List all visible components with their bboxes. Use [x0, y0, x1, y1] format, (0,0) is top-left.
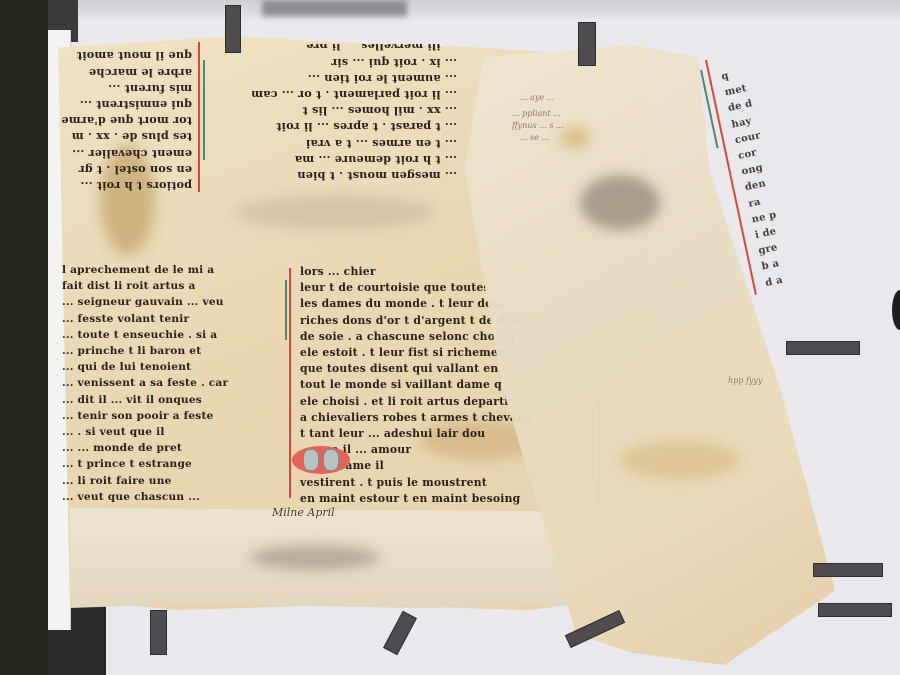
- mounting-clip: [383, 611, 417, 656]
- text-line: ... mesgen moust . t bien: [252, 168, 457, 184]
- text-line: ... xx . mil homes ... lis t: [252, 103, 457, 119]
- text-line: ... veut que chascun ...: [62, 489, 262, 505]
- decorated-initial: [292, 446, 350, 474]
- red-ruling-line: [289, 268, 291, 498]
- text-line: ... ix . roit qui ... sir: [252, 54, 457, 70]
- upper-center-text-column: ... mesgen moust . t bien ... t h roit d…: [252, 44, 457, 184]
- text-line: l aprechement de le mi a: [62, 262, 262, 278]
- text-line: ... . si veut que il: [62, 424, 262, 440]
- red-ruling-line: [198, 42, 200, 192]
- bottom-signature: Milne April: [272, 506, 335, 519]
- text-line: que il mout amoit: [62, 48, 192, 64]
- right-margin-note: hpp fyyy: [728, 375, 762, 386]
- green-ruling-line: [203, 60, 205, 160]
- text-line: ... tenir son pooir a feste: [62, 408, 262, 424]
- text-line: ... toute t enseuchie . si a: [62, 327, 262, 343]
- initial-stroke: [323, 449, 339, 471]
- text-line: vestirent . t puis le moustrent: [300, 475, 550, 491]
- lower-left-text-column: l aprechement de le mi a fait dist li ro…: [62, 262, 262, 507]
- dark-mat-left: [0, 0, 48, 675]
- upper-left-text-column: potiors t h roit ... en son ostel . t gr…: [62, 44, 192, 194]
- text-line: ... qui de lui tenoient: [62, 359, 262, 375]
- text-line: ... ili mervelles ... li pre: [252, 44, 457, 54]
- text-line: ... li roit parlament . t or ... cam: [252, 87, 457, 103]
- text-line: qui enmistrent ...: [62, 97, 192, 113]
- text-line: tes plus de . xx . m: [62, 129, 192, 145]
- text-line: ... li roit faire une: [62, 473, 262, 489]
- mounting-clip: [818, 603, 892, 617]
- mounting-clip: [225, 5, 241, 53]
- mounting-clip: [813, 563, 883, 577]
- text-line: mis furent ...: [62, 81, 192, 97]
- text-line: arbre le marche: [62, 64, 192, 80]
- text-line: ... prinche t li baron et: [62, 343, 262, 359]
- backdrop-top: [48, 0, 900, 20]
- fold-note: ffynus ... s ...: [512, 120, 564, 131]
- text-line: tor mort que d'armes: [62, 113, 192, 129]
- text-line: en son ostel . t gr: [62, 162, 192, 178]
- text-line: ... seigneur gauvain ... veu: [62, 294, 262, 310]
- green-ruling-line: [285, 280, 287, 340]
- mounting-clip: [578, 22, 596, 66]
- backdrop-shadow: [262, 0, 407, 16]
- text-line: ... t prince t estrange: [62, 456, 262, 472]
- text-line: ... dit il ... vit il onques: [62, 392, 262, 408]
- stain: [560, 128, 590, 148]
- stain: [235, 195, 435, 230]
- text-line: ... t en armes ... t a vrai: [252, 135, 457, 151]
- stain: [250, 545, 380, 570]
- initial-stroke: [303, 449, 319, 471]
- text-line: ... t parast . t apres ... li roit: [252, 119, 457, 135]
- mounting-clip: [786, 341, 860, 355]
- stain: [620, 440, 740, 480]
- text-line: ement chevalier ...: [62, 145, 192, 161]
- text-line: ... venissent a sa feste . car: [62, 375, 262, 391]
- mount-knob: [892, 290, 900, 330]
- mounting-clip: [150, 610, 167, 655]
- fold-note: ... ppliant ...: [512, 108, 561, 119]
- text-line: en maint estour t en maint besoing: [300, 491, 550, 507]
- fold-note: ... se ...: [520, 132, 549, 143]
- text-line: ... t h roit demeure ... ma: [252, 152, 457, 168]
- text-line: ... fesste volant tenir: [62, 311, 262, 327]
- text-line: ... aument le roi tien ...: [252, 71, 457, 87]
- stain: [580, 175, 660, 230]
- text-line: potiors t h roit ...: [62, 178, 192, 194]
- text-line: ... ... monde de pret: [62, 440, 262, 456]
- fold-note: ... aye ...: [520, 92, 554, 103]
- text-line: t tant leur ... adeshui lair dou: [300, 426, 550, 442]
- text-line: fait dist li roit artus a: [62, 278, 262, 294]
